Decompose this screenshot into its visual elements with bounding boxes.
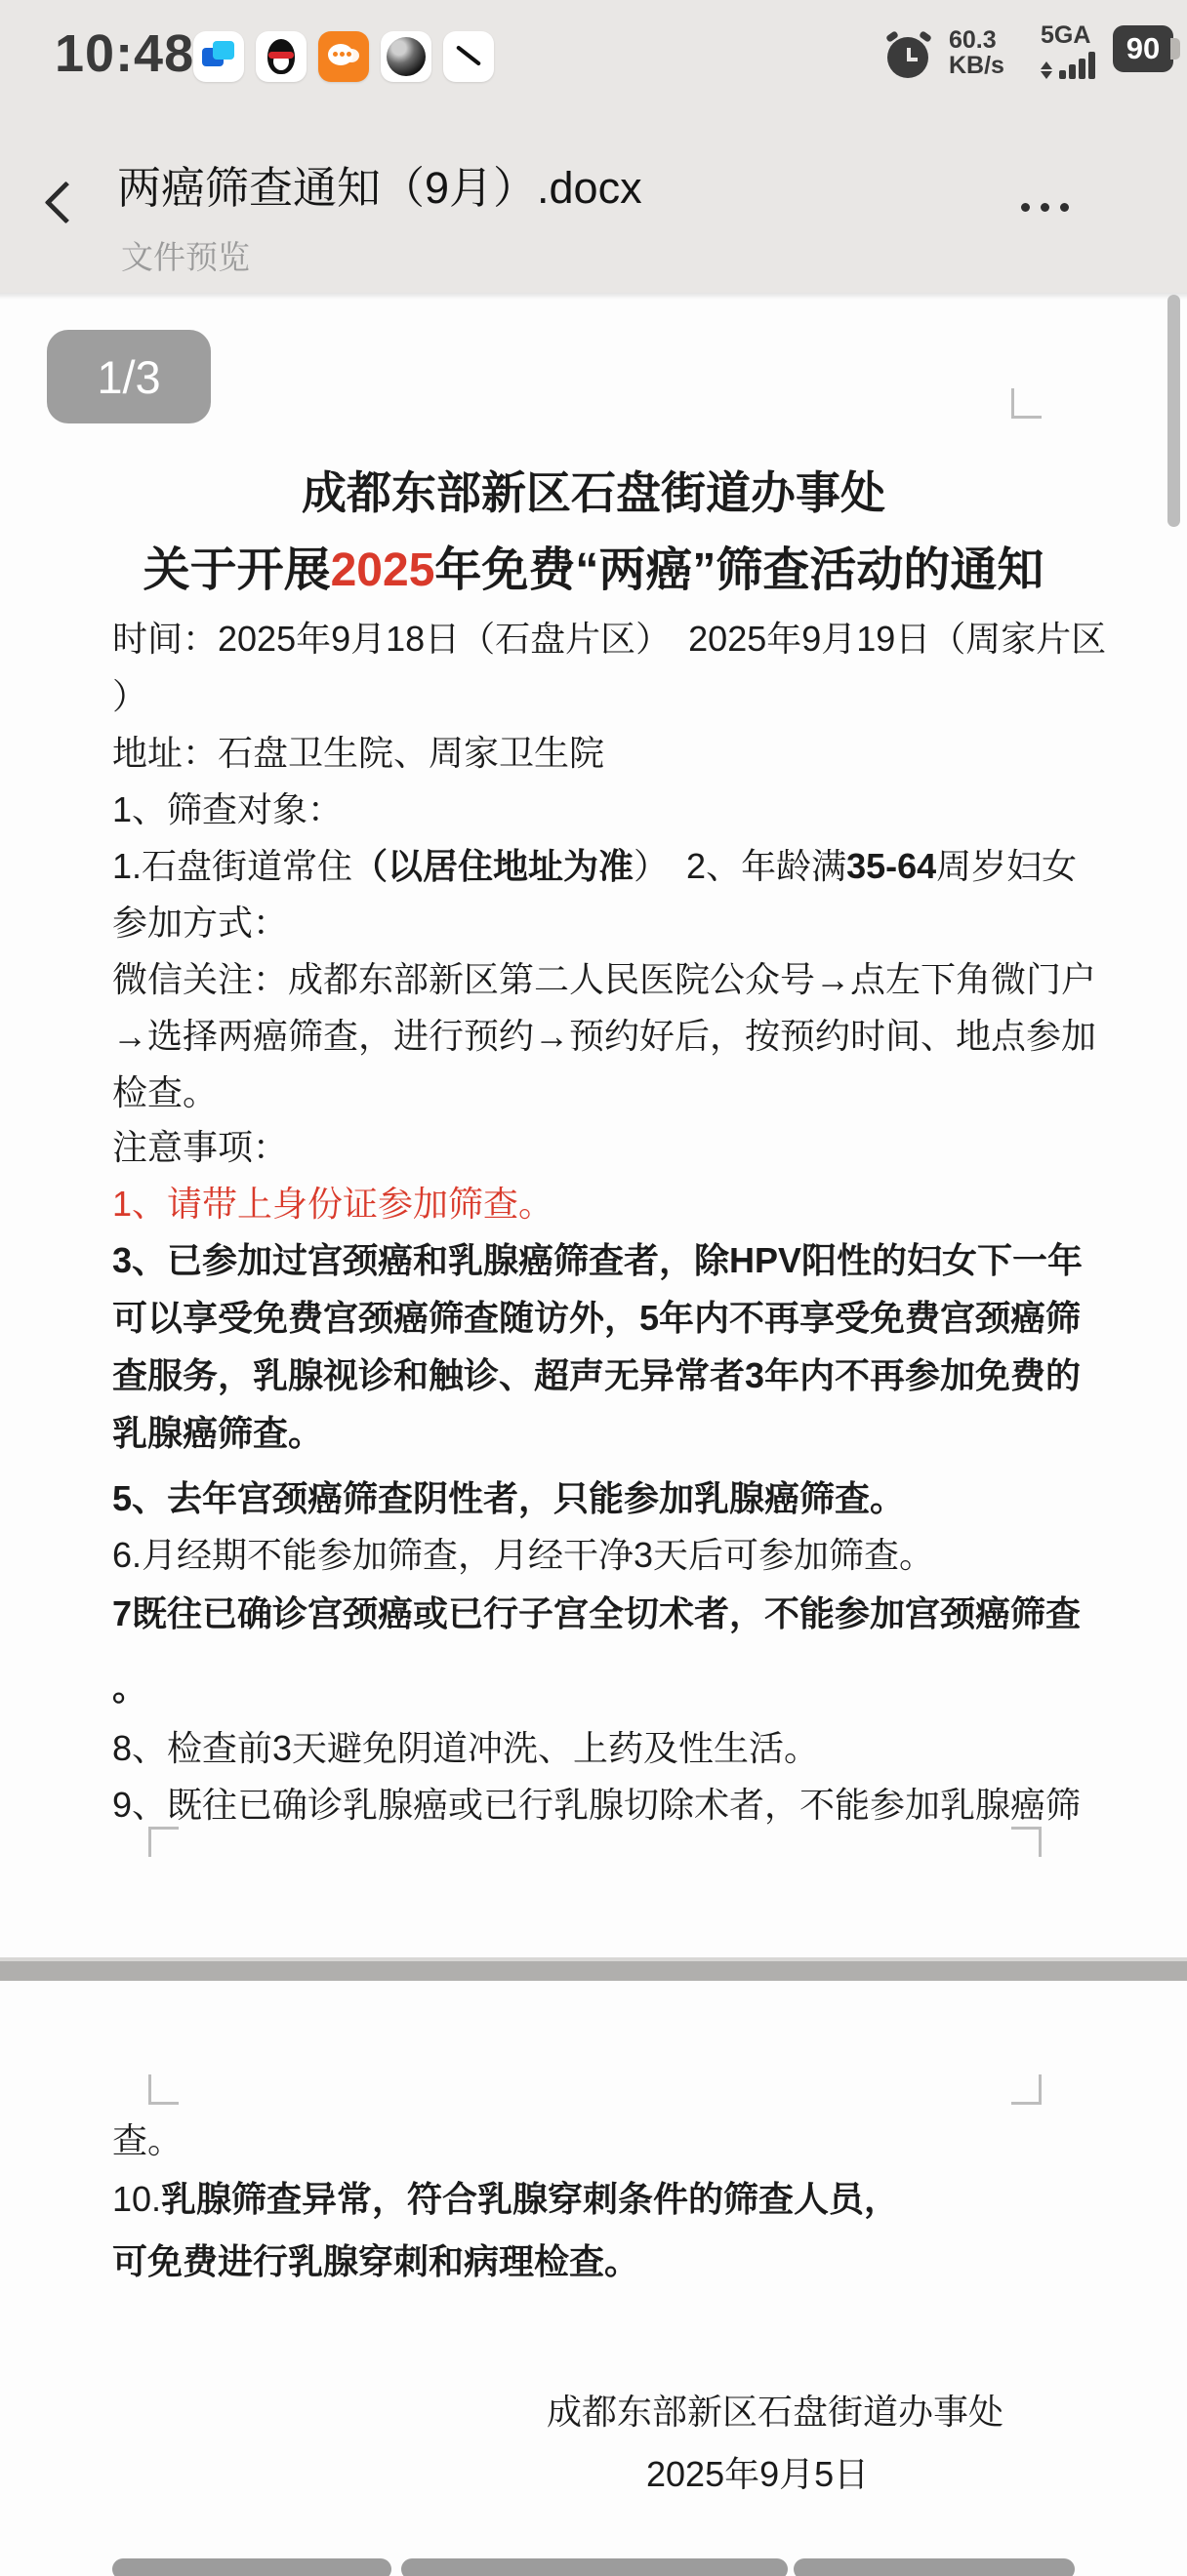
doc-line: 地址：石盘卫生院、周家卫生院 [112, 732, 604, 774]
doc-text-segment: →选择两癌筛查，进行预约→预约好后，按预约时间、地点参加 [112, 1016, 1096, 1056]
page-nav-bar-2[interactable] [401, 2558, 788, 2576]
doc-text-segment: 关于开展 [143, 544, 331, 596]
doc-text-segment: 乳腺癌筛查。 [112, 1413, 323, 1453]
doc-text-segment: 参加方式： [112, 903, 288, 943]
upload-arrow-icon [1041, 61, 1052, 69]
doc-line: 成都东部新区石盘街道办事处 [0, 466, 1187, 520]
signal-bar [1088, 52, 1095, 79]
doc-line: ） [112, 675, 147, 717]
doc-line: →选择两癌筛查，进行预约→预约好后，按预约时间、地点参加 [112, 1015, 1096, 1057]
signal-bar [1079, 59, 1085, 79]
network-type-label: 5GA [1041, 23, 1109, 48]
doc-line: 注意事项： [112, 1126, 288, 1168]
doc-line: 6.月经期不能参加筛查，月经干净3天后可参加筛查。 [112, 1534, 934, 1576]
network-speed: 60.3 KB/s [949, 27, 1004, 79]
doc-text-segment: 6.月经期不能参加筛查，月经干净3天后可参加筛查。 [112, 1535, 934, 1575]
doc-line: 8、检查前3天避免阴道冲洗、上药及性生活。 [112, 1727, 819, 1769]
download-arrow-icon [1041, 71, 1052, 79]
doc-text-segment: 10. [112, 2179, 161, 2219]
signal-bar [1069, 64, 1076, 79]
sphere [387, 37, 426, 76]
doc-line: 查。 [112, 2119, 183, 2161]
doc-line: 检查。 [112, 1071, 218, 1113]
more-menu-icon[interactable] [1021, 203, 1069, 212]
doc-line: 3、已参加过宫颈癌和乳腺癌筛查者，除HPV阳性的妇女下一年 [112, 1239, 1083, 1281]
doc-line: 可以享受免费宫颈癌筛查随访外，5年内不再享受免费宫颈癌筛 [112, 1297, 1081, 1339]
chat-bubble-small [344, 49, 359, 62]
doc-text-segment: 微信关注：成都东部新区第二人民医院公众号→点左下角微门户 [112, 959, 1096, 999]
doc-line: 7既往已确诊宫颈癌或已行子宫全切术者，不能参加宫颈癌筛查 [112, 1592, 1081, 1634]
qq-icon [256, 31, 307, 82]
doc-text-segment: 1、筛查对象： [112, 789, 343, 829]
doc-text-segment: 地址：石盘卫生院、周家卫生院 [112, 733, 604, 773]
doc-line: 乳腺癌筛查。 [112, 1412, 323, 1454]
doc-text-segment: ） [112, 676, 147, 716]
doc-text-segment: 1.石盘街道常住 [112, 846, 352, 886]
doc-text-segment: （以居住地址为准 [352, 846, 634, 886]
alarm-clock-icon [884, 33, 933, 82]
doc-line: 参加方式： [112, 902, 288, 944]
margin-corner-mark [148, 2074, 179, 2105]
header-subtitle: 文件预览 [121, 232, 250, 278]
doc-line: 时间：2025年9月18日（石盘片区） 2025年9月19日（周家片区 [112, 618, 1106, 660]
doc-line: 10.乳腺筛查异常，符合乳腺穿刺条件的筛查人员， [112, 2178, 899, 2220]
doc-line: 5、去年宫颈癌筛查阴性者，只能参加乳腺癌筛查。 [112, 1477, 905, 1519]
doc-text-segment: 成都东部新区石盘街道办事处 [302, 467, 885, 518]
doc-text-segment: 2025年9月5日 [646, 2454, 869, 2494]
battery-cap [1170, 38, 1180, 60]
back-chevron-icon[interactable] [45, 181, 88, 224]
doc-text-segment: 时间：2025年9月18日（石盘片区） 2025年9月19日（周家片区 [112, 619, 1106, 659]
messenger-icon [193, 31, 244, 82]
doc-text-segment: 7既往已确诊宫颈癌或已行子宫全切术者，不能参加宫颈癌筛查 [112, 1593, 1081, 1633]
doc-line: 1.石盘街道常住（以居住地址为准） 2、年龄满35-64周岁妇女 [112, 845, 1077, 887]
chat-dot [340, 52, 345, 57]
margin-corner-mark [148, 1827, 179, 1857]
doc-text-segment: 检查。 [112, 1072, 218, 1112]
doc-text-segment: 年免费“两癌”筛查活动的通知 [434, 544, 1044, 596]
battery-indicator: 90 [1113, 25, 1173, 72]
doc-text-segment: 可以享受免费宫颈癌筛查随访外，5年内不再享受免费宫颈癌筛 [112, 1298, 1081, 1338]
doc-text-segment: 1、请带上身份证参加筛查。 [112, 1184, 553, 1224]
phone-screen: 10:48 6 [0, 0, 1187, 2576]
document-title: 两癌筛查通知（9月）.docx [117, 152, 642, 216]
page-top-shadow [0, 293, 1187, 300]
margin-corner-mark [1011, 1827, 1042, 1857]
doc-text-segment: 注意事项： [112, 1127, 288, 1167]
doc-line: 成都东部新区石盘街道办事处 [547, 2391, 1003, 2433]
alarm-hand-hour [907, 58, 918, 61]
doc-text-segment: 35-64 [846, 846, 936, 886]
doc-text-segment: 查服务，乳腺视诊和触诊、超声无异常者3年内不再参加免费的 [112, 1355, 1081, 1395]
clock-time: 10:48 [55, 23, 194, 84]
page-nav-bar-3[interactable] [794, 2558, 1075, 2576]
doc-text-segment: 2025 [331, 544, 435, 596]
page-nav-bar-1[interactable] [112, 2558, 391, 2576]
messenger-panel-front [213, 41, 234, 60]
doc-text-segment: 。 [112, 1668, 147, 1708]
doc-text-segment: 乳腺筛查异常，符合乳腺穿刺条件的筛查人员， [161, 2179, 899, 2219]
battery-level: 90 [1126, 31, 1160, 66]
vertical-scrollbar-thumb[interactable] [1167, 295, 1180, 527]
signal-bar [1059, 70, 1066, 79]
chat-dot [347, 52, 351, 57]
doc-text-segment: 3、已参加过宫颈癌和乳腺癌筛查者，除HPV阳性的妇女下一年 [112, 1240, 1083, 1280]
doc-line: 关于开展2025年免费“两癌”筛查活动的通知 [0, 543, 1187, 599]
signal-indicator: 5GA [1041, 23, 1109, 79]
doc-text-segment: 成都东部新区石盘街道办事处 [547, 2392, 1003, 2432]
data-arrows-icon [1041, 61, 1052, 79]
doc-text-segment: 8、检查前3天避免阴道冲洗、上药及性生活。 [112, 1728, 819, 1768]
doc-text-segment: ） 2、年龄满 [634, 846, 846, 886]
margin-corner-mark [1011, 2074, 1042, 2105]
doc-line: 微信关注：成都东部新区第二人民医院公众号→点左下角微门户 [112, 958, 1096, 1000]
doc-line: 可免费进行乳腺穿刺和病理检查。 [112, 2240, 639, 2282]
penguin-scarf [268, 52, 294, 59]
doc-line: 9、既往已确诊乳腺癌或已行乳腺切除术者，不能参加乳腺癌筛 [112, 1784, 1081, 1826]
doc-line: 2025年9月5日 [646, 2453, 869, 2495]
needle [456, 45, 481, 66]
network-speed-unit: KB/s [949, 53, 1004, 78]
chat-bubble-icon [318, 31, 369, 82]
doc-line: 1、请带上身份证参加筛查。 [112, 1183, 553, 1225]
doc-line: 查服务，乳腺视诊和触诊、超声无异常者3年内不再参加免费的 [112, 1354, 1081, 1396]
doc-text-segment: 5、去年宫颈癌筛查阴性者，只能参加乳腺癌筛查。 [112, 1478, 905, 1518]
doc-text-segment: 周岁妇女 [936, 846, 1077, 886]
status-bar: 10:48 6 [0, 0, 1187, 109]
page-number-badge: 1/3 [47, 330, 211, 423]
chat-dot [333, 52, 338, 57]
doc-text-segment: 9、既往已确诊乳腺癌或已行乳腺切除术者，不能参加乳腺癌筛 [112, 1785, 1081, 1825]
sphere-browser-icon [381, 31, 431, 82]
doc-text-segment: 可免费进行乳腺穿刺和病理检查。 [112, 2241, 639, 2281]
signal-bars [1041, 52, 1109, 79]
doc-text-segment: 查。 [112, 2120, 183, 2160]
doc-line: 。 [112, 1667, 147, 1709]
network-speed-value: 60.3 [949, 27, 1004, 53]
margin-corner-mark [1011, 388, 1042, 419]
app-header: 两癌筛查通知（9月）.docx 文件预览 [0, 109, 1187, 293]
compass-needle-icon [443, 31, 494, 82]
doc-line: 1、筛查对象： [112, 788, 343, 830]
page-separator [0, 1957, 1187, 1981]
